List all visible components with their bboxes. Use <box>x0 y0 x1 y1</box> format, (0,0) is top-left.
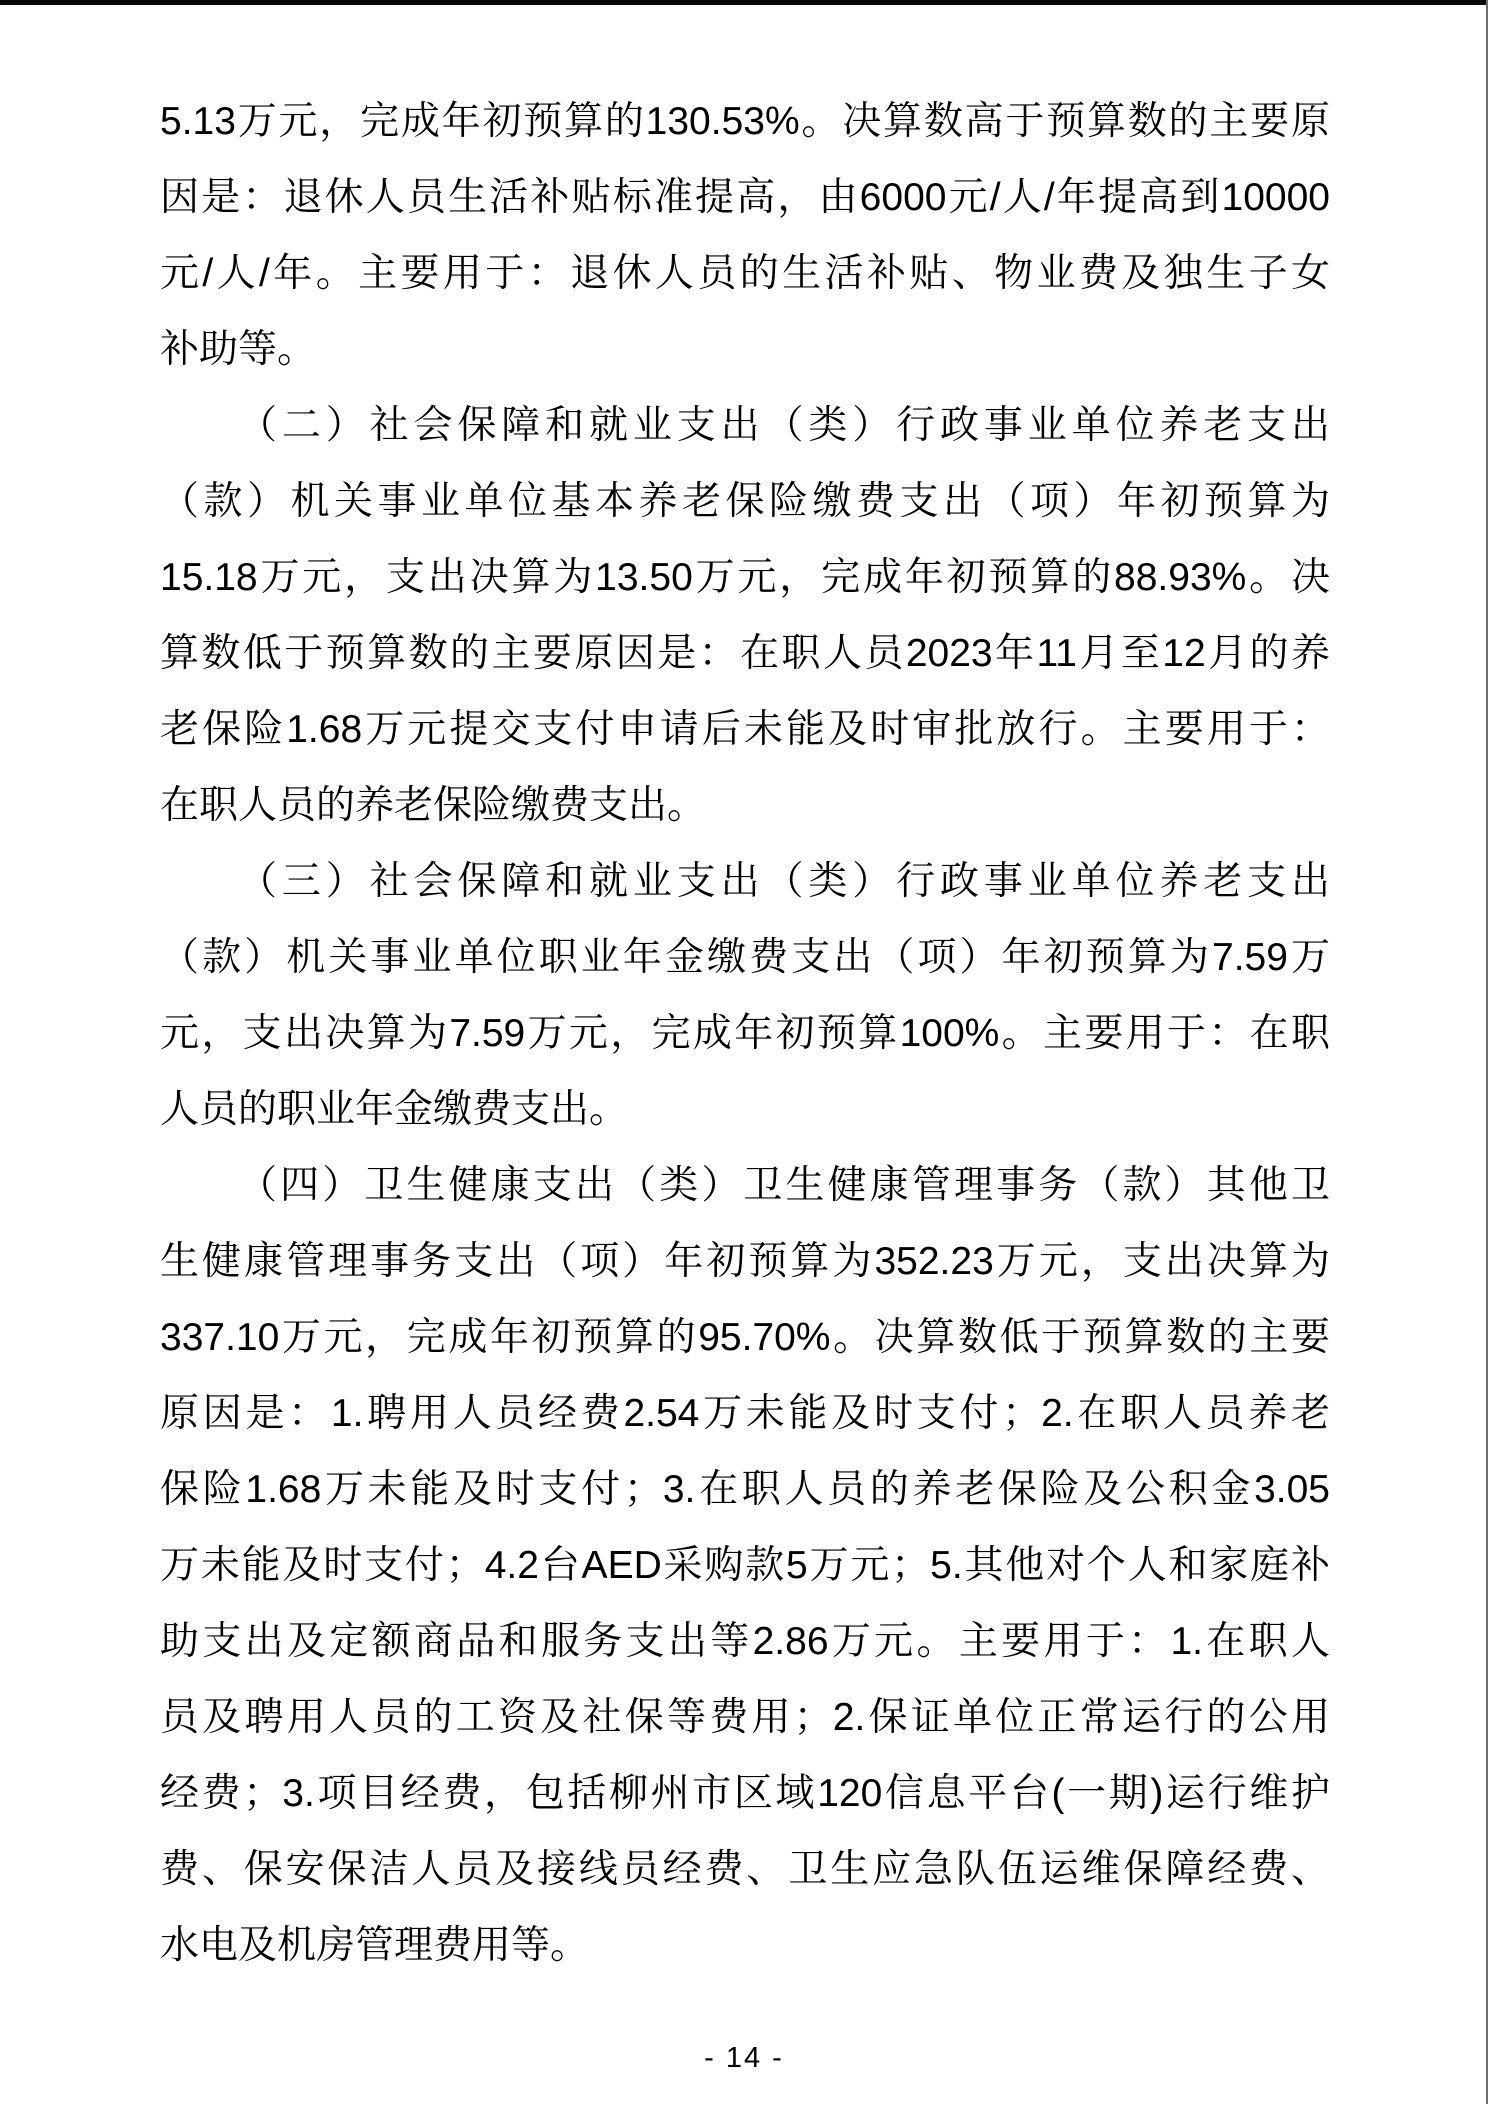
text-line: 5.13万元，完成年初预算的130.53%。决算数高于预算数的主要原 <box>160 84 1330 160</box>
text-line: 337.10万元，完成年初预算的95.70%。决算数低于预算数的主要 <box>160 1300 1330 1376</box>
text-line: （款）机关事业单位基本养老保险缴费支出（项）年初预算为 <box>160 464 1330 540</box>
document-body-text: 5.13万元，完成年初预算的130.53%。决算数高于预算数的主要原因是：退休人… <box>160 84 1330 1984</box>
text-line: （三）社会保障和就业支出（类）行政事业单位养老支出 <box>160 844 1330 920</box>
text-line: 在职人员的养老保险缴费支出。 <box>160 768 1330 844</box>
text-line: 助支出及定额商品和服务支出等2.86万元。主要用于：1.在职人 <box>160 1604 1330 1680</box>
text-line: 水电及机房管理费用等。 <box>160 1908 1330 1984</box>
text-line: 费、保安保洁人员及接线员经费、卫生应急队伍运维保障经费、 <box>160 1832 1330 1908</box>
text-line: 人员的职业年金缴费支出。 <box>160 1072 1330 1148</box>
text-line: 元/人/年。主要用于：退休人员的生活补贴、物业费及独生子女 <box>160 236 1330 312</box>
text-line: 万未能及时支付；4.2台AED采购款5万元；5.其他对个人和家庭补 <box>160 1528 1330 1604</box>
text-line: （二）社会保障和就业支出（类）行政事业单位养老支出 <box>160 388 1330 464</box>
text-line: 保险1.68万未能及时支付；3.在职人员的养老保险及公积金3.05 <box>160 1452 1330 1528</box>
text-line: 算数低于预算数的主要原因是：在职人员2023年11月至12月的养 <box>160 616 1330 692</box>
page-footer: - 14 - <box>0 2040 1488 2076</box>
text-line: 经费；3.项目经费，包括柳州市区域120信息平台(一期)运行维护 <box>160 1756 1330 1832</box>
text-line: 老保险1.68万元提交支付申请后未能及时审批放行。主要用于： <box>160 692 1330 768</box>
scan-top-edge <box>0 0 1488 5</box>
text-line: 原因是：1.聘用人员经费2.54万未能及时支付；2.在职人员养老 <box>160 1376 1330 1452</box>
text-line: 因是：退休人员生活补贴标准提高，由6000元/人/年提高到10000 <box>160 160 1330 236</box>
text-line: 15.18万元，支出决算为13.50万元，完成年初预算的88.93%。决 <box>160 540 1330 616</box>
text-line: 元，支出决算为7.59万元，完成年初预算100%。主要用于：在职 <box>160 996 1330 1072</box>
text-line: （款）机关事业单位职业年金缴费支出（项）年初预算为7.59万 <box>160 920 1330 996</box>
text-line: 员及聘用人员的工资及社保等费用；2.保证单位正常运行的公用 <box>160 1680 1330 1756</box>
text-line: 补助等。 <box>160 312 1330 388</box>
text-line: （四）卫生健康支出（类）卫生健康管理事务（款）其他卫 <box>160 1148 1330 1224</box>
page-number: - 14 - <box>704 2042 784 2074</box>
text-line: 生健康管理事务支出（项）年初预算为352.23万元，支出决算为 <box>160 1224 1330 1300</box>
